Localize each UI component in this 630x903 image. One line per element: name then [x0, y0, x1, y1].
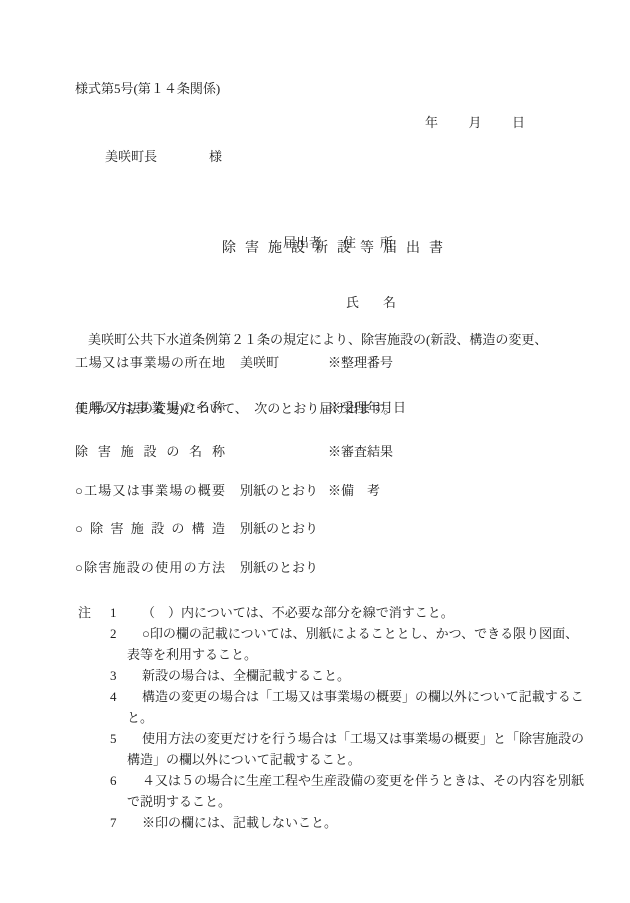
- form-number: 様式第5号(第１４条関係): [75, 81, 220, 97]
- field-label: 工場又は事業場の名称: [75, 400, 225, 417]
- field-label: ○工場又は事業場の概要: [75, 483, 225, 500]
- note-item: 7※印の欄には、記載しないこと。: [0, 812, 630, 833]
- note-line: 表等を利用すること。: [127, 644, 630, 665]
- note-number: 1: [110, 602, 117, 623]
- note-item: 6４又は５の場合に生産工程や生産設備の変更を伴うときは、その内容を別紙で説明する…: [0, 770, 630, 812]
- field-label: ○除害施設の使用の方法: [75, 560, 225, 577]
- note-item: 2○印の欄の記載については、別紙によることとし、かつ、できる限り図面、表等を利用…: [0, 623, 630, 665]
- note-item: 3新設の場合は、全欄記載すること。: [0, 665, 630, 686]
- document-title: 除害施設新設等届出書: [222, 240, 452, 258]
- note-line: と。: [127, 707, 630, 728]
- note-number: 5: [110, 728, 117, 749]
- field-value: 別紙のとおり: [240, 521, 318, 538]
- note-line: 使用方法の変更だけを行う場合は「工場又は事業場の概要」と「除害施設の: [127, 728, 630, 749]
- note-item: 4構造の変更の場合は「工場又は事業場の概要」の欄以外について記載すること。: [0, 686, 630, 728]
- field-note: ※整理番号: [328, 355, 393, 372]
- field-note: ※備 考: [328, 483, 380, 500]
- note-number: 2: [110, 623, 117, 644]
- note-line: で説明すること。: [127, 791, 630, 812]
- note-line: 構造の変更の場合は「工場又は事業場の概要」の欄以外について記載するこ: [127, 686, 630, 707]
- body-paragraph-line1: 美咲町公共下水道条例第２１条の規定により、除害施設の(新設、構造の変更、: [75, 328, 547, 351]
- note-line: 構造」の欄以外について記載すること。: [127, 749, 630, 770]
- field-value: 別紙のとおり: [240, 560, 318, 577]
- note-number: 4: [110, 686, 117, 707]
- addressee-honorific: 様: [209, 149, 222, 164]
- field-note: ※審査結果: [328, 444, 393, 461]
- note-item: 1（ ）内については、不必要な部分を線で消すこと。: [0, 602, 630, 623]
- field-label: 工場又は事業場の所在地: [75, 355, 225, 372]
- note-line: ○印の欄の記載については、別紙によることとし、かつ、できる限り図面、: [127, 623, 630, 644]
- field-label: 除害施設の名称: [75, 444, 225, 461]
- addressee-line: 美咲町長様: [105, 149, 222, 165]
- date-line: 年 月 日: [425, 115, 527, 131]
- field-label: ○除害施設の構造: [75, 521, 225, 538]
- note-number: 6: [110, 770, 117, 791]
- body-paragraph: 美咲町公共下水道条例第２１条の規定により、除害施設の(新設、構造の変更、 使用の…: [75, 282, 547, 466]
- note-line: ４又は５の場合に生産工程や生産設備の変更を伴うときは、その内容を別紙: [127, 770, 630, 791]
- notes-list: 1（ ）内については、不必要な部分を線で消すこと。2○印の欄の記載については、別…: [0, 602, 630, 833]
- note-line: 新設の場合は、全欄記載すること。: [127, 665, 630, 686]
- field-value: 別紙のとおり: [240, 483, 318, 500]
- field-note: ※受理年月日: [328, 400, 406, 417]
- note-number: 3: [110, 665, 117, 686]
- note-item: 5使用方法の変更だけを行う場合は「工場又は事業場の概要」と「除害施設の構造」の欄…: [0, 728, 630, 770]
- note-line: （ ）内については、不必要な部分を線で消すこと。: [127, 602, 630, 623]
- form-page: 様式第5号(第１４条関係) 年 月 日 美咲町長様 届出者住 所 氏 名 除害施…: [0, 0, 630, 903]
- addressee-name: 美咲町長: [105, 149, 157, 164]
- field-value: 美咲町: [240, 355, 279, 372]
- note-number: 7: [110, 812, 117, 833]
- note-line: ※印の欄には、記載しないこと。: [127, 812, 630, 833]
